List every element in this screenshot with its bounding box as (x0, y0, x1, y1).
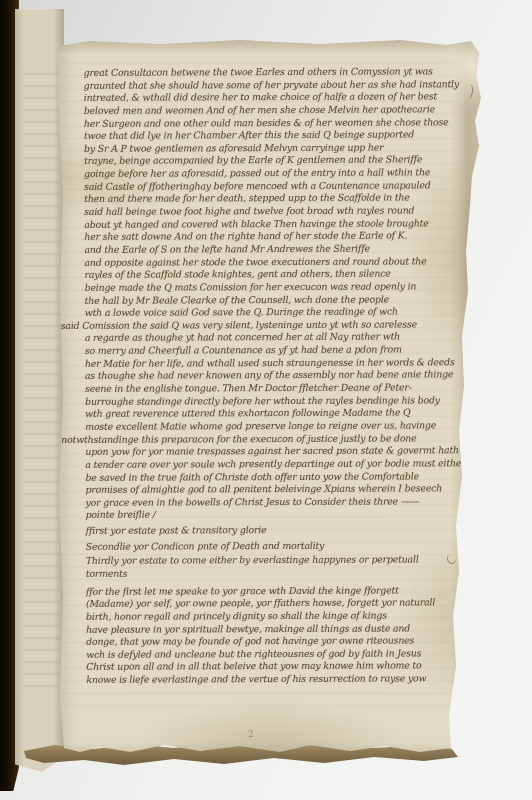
manuscript-line: a tender care over yor soule wch present… (85, 458, 477, 472)
manuscript-line: said Comission the said Q was very silen… (61, 319, 477, 333)
manuscript-line: ffirst yor estate past & transitory glor… (86, 524, 478, 538)
manuscript-line: and opposite against her stode the twoe … (84, 256, 476, 270)
manuscript-line: Secondlie yor Condicon pnte of Death and… (86, 540, 478, 554)
manuscript-line: great Consultacon betwene the twoe Earle… (84, 66, 476, 80)
handwritten-text-block: great Consultacon betwene the twoe Earle… (84, 66, 479, 687)
manuscript-line: yor grace even in the bowells of Christ … (86, 496, 478, 510)
manuscript-page: great Consultacon betwene the twoe Earle… (55, 36, 485, 764)
manuscript-line: beloved men and weomen And of her men sh… (84, 104, 476, 118)
manuscript-photo: great Consultacon betwene the twoe Earle… (0, 0, 532, 800)
manuscript-line: (Madame) yor self, yor owne people, yor … (86, 597, 478, 611)
manuscript-line: knowe is liefe everlastinge and the vert… (86, 673, 478, 687)
manuscript-line: as thoughe she had never knowen any of t… (85, 370, 477, 384)
paragraph: Thirdly yor estate to come either by eve… (86, 554, 478, 581)
manuscript-line: about yt hanged and covered wth blacke T… (84, 218, 476, 232)
manuscript-line: said Castle of ffotheringhay before menc… (84, 180, 476, 194)
manuscript-line: burroughe standinge directly before her … (85, 395, 477, 409)
manuscript-line: pointe breiflie / (86, 509, 478, 523)
paragraph: great Consultacon betwene the twoe Earle… (84, 66, 478, 523)
paragraph: ffirst yor estate past & transitory glor… (86, 524, 478, 538)
manuscript-line: moste excellent Matie whome god preserve… (85, 420, 477, 434)
page-number: 2 (243, 729, 260, 740)
paragraph: ffor the first let me speake to yor grac… (86, 585, 478, 688)
manuscript-line: her Surgeon and one other ould man besid… (84, 117, 476, 131)
underlying-page-edges (15, 9, 64, 772)
manuscript-line: torments (86, 567, 478, 581)
ink-flourish (463, 444, 471, 462)
paragraph: Secondlie yor Condicon pnte of Death and… (86, 540, 478, 554)
